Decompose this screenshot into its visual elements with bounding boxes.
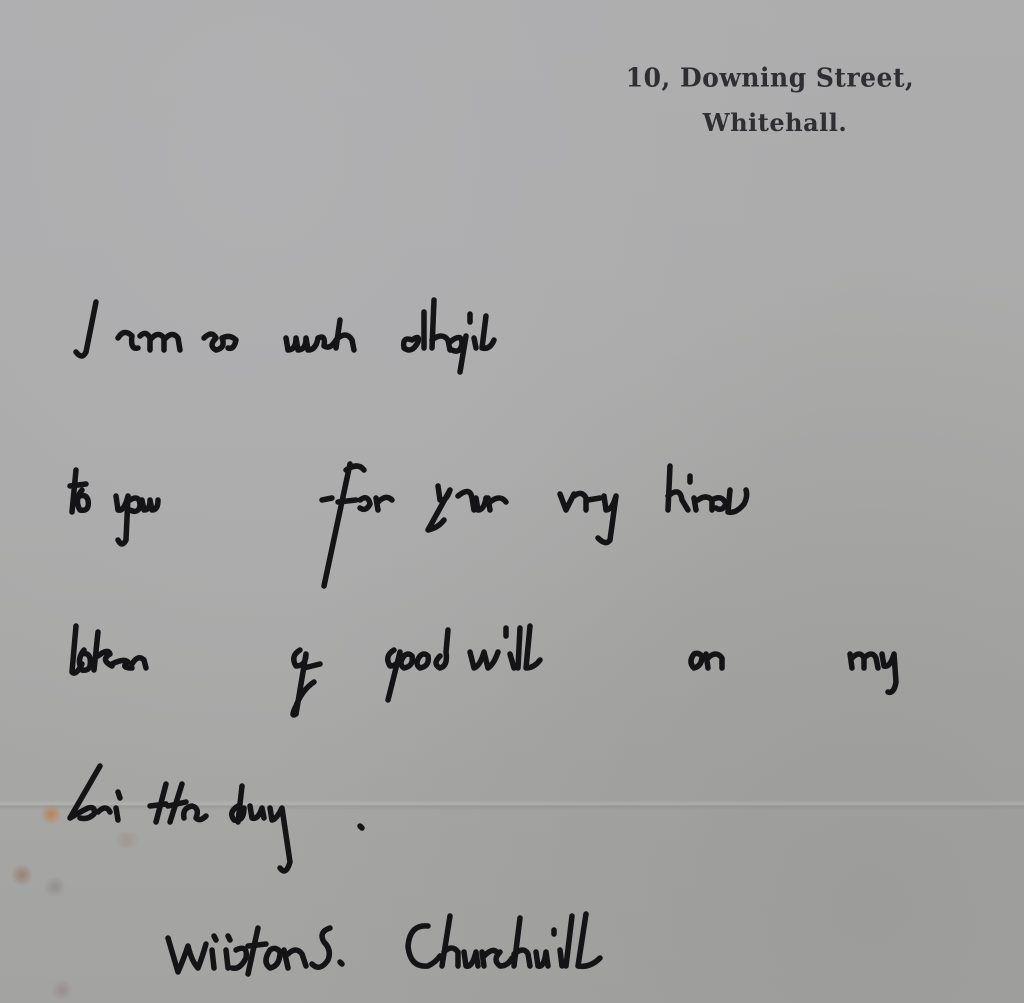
- handwriting-strokes: [0, 0, 1024, 1003]
- letter-photo: 10, Downing Street, Whitehall.: [0, 0, 1024, 1003]
- handwritten-line-3: [72, 626, 896, 715]
- handwritten-line-4: [70, 766, 362, 871]
- handwritten-line-1: [76, 300, 494, 372]
- handwritten-line-2: [70, 464, 747, 586]
- signature-strokes: [168, 914, 600, 974]
